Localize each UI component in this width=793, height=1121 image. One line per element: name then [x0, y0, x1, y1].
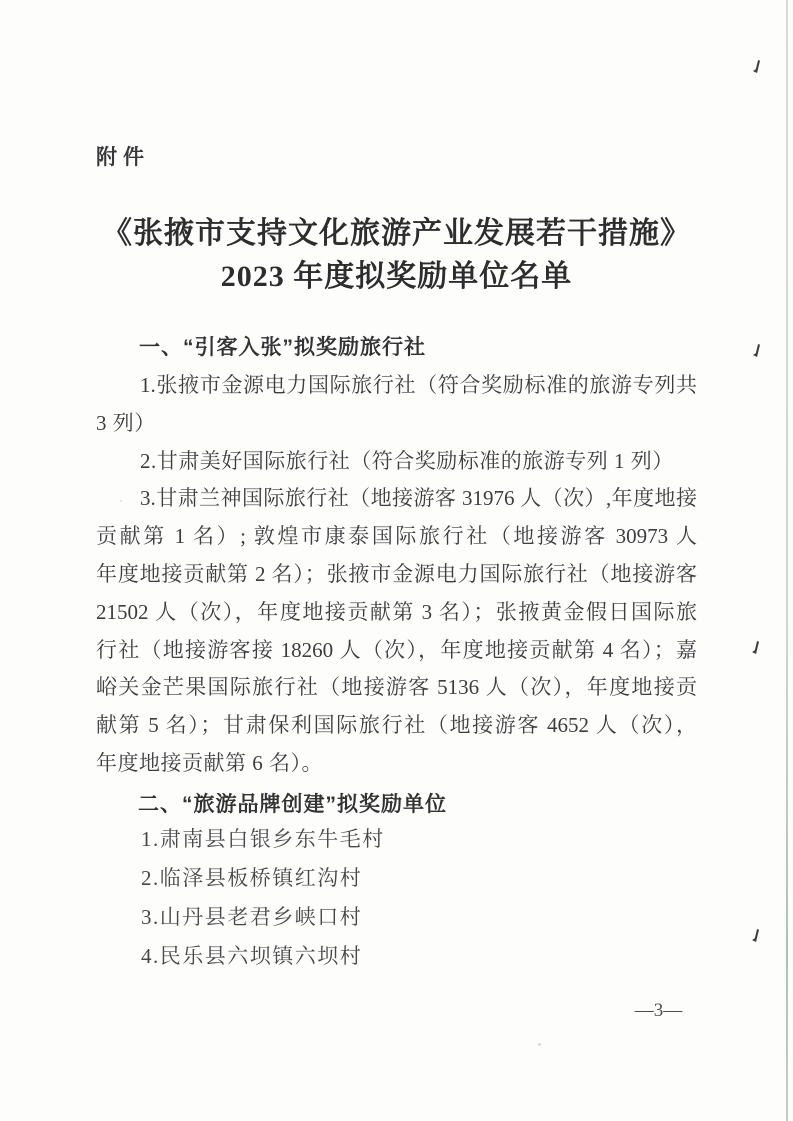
- list-item: 4.民乐县六坝镇六坝村: [141, 937, 385, 976]
- page-edge-line: [786, 0, 788, 1121]
- body-line: 21502 人（次），年度地接贡献第 3 名）；张掖黄金假日国际旅: [96, 594, 697, 632]
- body-line: 贡献第 1 名）; 敦煌市康泰国际旅行社（地接游客 30973 人（次），: [96, 518, 697, 556]
- body-line: 3 列）: [96, 405, 697, 443]
- body-line: 3.甘肃兰神国际旅行社（地接游客 31976 人（次）,年度地接: [96, 480, 697, 518]
- scan-artifact-mark: [753, 60, 760, 73]
- scan-artifact-mark: [752, 929, 759, 942]
- section-2-list: 1.肃南县白银乡东牛毛村 2.临泽县板桥镇红沟村 3.山丹县老君乡峡口村 4.民…: [141, 820, 385, 976]
- list-item: 1.肃南县白银乡东牛毛村: [141, 820, 385, 859]
- scan-artifact-mark: [752, 641, 759, 654]
- document-title-line2: 2023 年度拟奖励单位名单: [0, 251, 793, 295]
- attachment-label: 附件: [96, 141, 150, 171]
- page-number: —3—: [598, 1000, 719, 1022]
- paper-speck: [508, 217, 511, 219]
- list-item: 3.山丹县老君乡峡口村: [141, 898, 385, 937]
- section-2-heading: 二、“旅游品牌创建”拟奖励单位: [138, 788, 447, 818]
- section-1-heading: 一、“引客入张”拟奖励旅行社: [139, 331, 426, 361]
- paper-speck: [120, 500, 122, 502]
- list-item: 2.临泽县板桥镇红沟村: [141, 859, 385, 898]
- document-page: 附件 《张掖市支持文化旅游产业发展若干措施》 2023 年度拟奖励单位名单 一、…: [0, 0, 793, 1121]
- body-line: 年度地接贡献第 2 名）；张掖市金源电力国际旅行社（地接游客: [96, 556, 697, 594]
- body-line: 年度地接贡献第 6 名）。: [96, 745, 697, 783]
- body-line: 2.甘肃美好国际旅行社（符合奖励标准的旅游专列 1 列）: [96, 443, 697, 481]
- paper-speck: [538, 1043, 541, 1046]
- section-1-body: 1.张掖市金源电力国际旅行社（符合奖励标准的旅游专列共 3 列） 2.甘肃美好国…: [96, 367, 697, 783]
- body-line: 献第 5 名）；甘肃保利国际旅行社（地接游客 4652 人（次），: [96, 707, 697, 745]
- scan-artifact-mark: [753, 344, 760, 357]
- body-line: 峪关金芒果国际旅行社（地接游客 5136 人（次），年度地接贡: [96, 669, 697, 707]
- body-line: 行社（地接游客接 18260 人（次），年度地接贡献第 4 名）；嘉: [96, 632, 697, 670]
- body-line: 1.张掖市金源电力国际旅行社（符合奖励标准的旅游专列共: [96, 367, 697, 405]
- document-title-line1: 《张掖市支持文化旅游产业发展若干措施》: [0, 208, 793, 252]
